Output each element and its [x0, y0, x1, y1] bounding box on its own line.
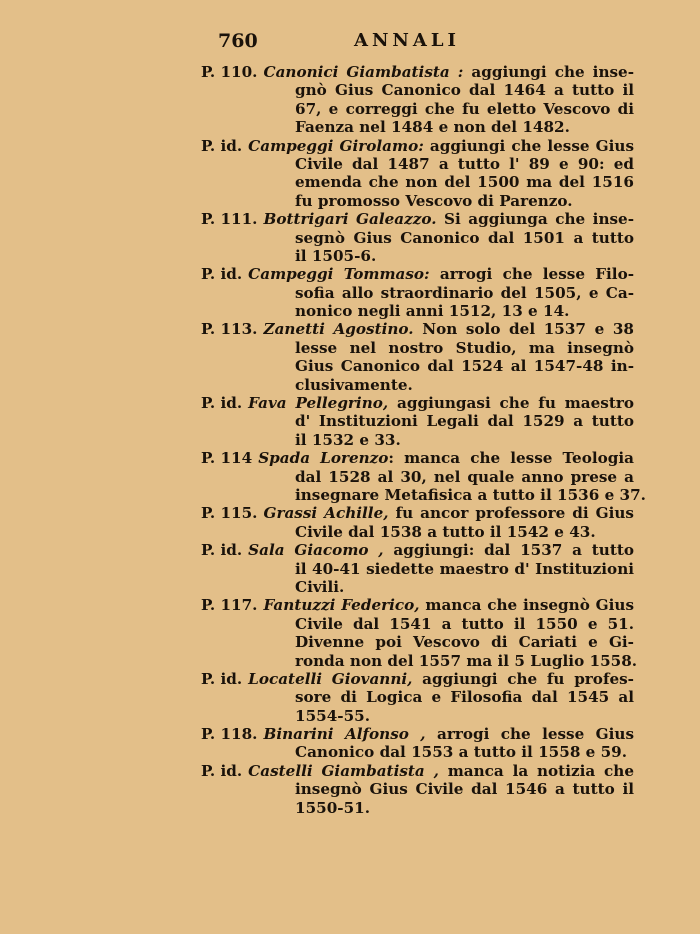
entry-continuation-line: dal 1528 al 30, nel quale anno prese a [201, 468, 634, 486]
book-page: 760 ANNALI P. 110.Canonici Giambatista :… [0, 0, 700, 934]
person-name: Campeggi Tommaso: [248, 265, 430, 283]
entry-continuation-line: 1554-55. [201, 707, 634, 725]
entry-first-line: P. id.Castelli Giambatista , manca la no… [201, 762, 634, 780]
page-number: 760 [218, 30, 258, 52]
entry-continuation-line: Gius Canonico dal 1524 al 1547-48 in- [201, 357, 634, 375]
entry-first-line: P. id.Locatelli Giovanni, aggiungi che f… [201, 670, 634, 688]
entry-first-text: Grassi Achille, fu ancor professore di G… [263, 504, 634, 522]
errata-entry: P. id.Sala Giacomo , aggiungi: dal 1537 … [201, 541, 634, 596]
entry-continuation-line: ronda non del 1557 ma il 5 Luglio 1558. [201, 652, 634, 670]
errata-entries: P. 110.Canonici Giambatista : aggiungi c… [201, 63, 634, 817]
entry-text: aggiungi: dal 1537 a tutto [384, 541, 634, 559]
entry-first-text: Binarini Alfonso , arrogi che lesse Gius [263, 725, 634, 743]
entry-first-text: Locatelli Giovanni, aggiungi che fu prof… [248, 670, 634, 688]
entry-first-line: P. 115.Grassi Achille, fu ancor professo… [201, 504, 634, 522]
entry-first-line: P. id.Campeggi Tommaso: arrogi che lesse… [201, 265, 634, 283]
entry-first-text: Campeggi Girolamo: aggiungi che lesse Gi… [248, 137, 634, 155]
entry-continuation-line: il 1532 e 33. [201, 431, 634, 449]
errata-entry: P. 113.Zanetti Agostino. Non solo del 15… [201, 320, 634, 394]
page-reference: P. id. [201, 137, 242, 155]
person-name: Locatelli Giovanni, [248, 670, 412, 688]
entry-text: arrogi che lesse Gius [426, 725, 634, 743]
errata-entry: P. 110.Canonici Giambatista : aggiungi c… [201, 63, 634, 137]
page-reference: P. 114 [201, 449, 252, 467]
entry-continuation-line: fu promosso Vescovo di Parenzo. [201, 192, 634, 210]
person-name: Grassi Achille, [263, 504, 388, 522]
person-name: Campeggi Girolamo: [248, 137, 424, 155]
entry-first-line: P. id.Campeggi Girolamo: aggiungi che le… [201, 137, 634, 155]
entry-first-text: Canonici Giambatista : aggiungi che inse… [263, 63, 634, 81]
entry-continuation-line: il 1505-6. [201, 247, 634, 265]
entry-first-text: Campeggi Tommaso: arrogi che lesse Filo- [248, 265, 634, 283]
entry-continuation-line: Civile dal 1541 a tutto il 1550 e 51. [201, 615, 634, 633]
entry-text: Non solo del 1537 e 38 [414, 320, 634, 338]
person-name: Fantuzzi Federico, [263, 596, 419, 614]
entry-continuation-line: 67, e correggi che fu eletto Vescovo di [201, 100, 634, 118]
entry-continuation-line: 1550-51. [201, 799, 634, 817]
entry-continuation-line: Faenza nel 1484 e non del 1482. [201, 118, 634, 136]
entry-continuation-line: Canonico dal 1553 a tutto il 1558 e 59. [201, 743, 634, 761]
entry-first-text: Zanetti Agostino. Non solo del 1537 e 38 [263, 320, 634, 338]
entry-first-text: Sala Giacomo , aggiungi: dal 1537 a tutt… [248, 541, 634, 559]
entry-text: Si aggiunga che inse- [437, 210, 635, 228]
errata-entry: P. 117.Fantuzzi Federico, manca che inse… [201, 596, 634, 670]
page-reference: P. id. [201, 265, 242, 283]
entry-text: aggiungasi che fu maestro [388, 394, 634, 412]
entry-continuation-line: Civili. [201, 578, 634, 596]
page-reference: P. id. [201, 762, 242, 780]
entry-first-line: P. id.Sala Giacomo , aggiungi: dal 1537 … [201, 541, 634, 559]
errata-entry: P. id.Castelli Giambatista , manca la no… [201, 762, 634, 817]
running-title: ANNALI [354, 30, 460, 51]
entry-first-text: Spada Lorenzo: manca che lesse Teologia [258, 449, 634, 467]
person-name: Sala Giacomo , [248, 541, 383, 559]
entry-continuation-line: clusivamente. [201, 376, 634, 394]
person-name: Castelli Giambatista , [248, 762, 439, 780]
entry-text: aggiungi che inse- [463, 63, 634, 81]
entry-continuation-line: sore di Logica e Filosofia dal 1545 al [201, 688, 634, 706]
page-reference: P. 118. [201, 725, 257, 743]
page-reference: P. 113. [201, 320, 257, 338]
errata-entry: P. id.Campeggi Tommaso: arrogi che lesse… [201, 265, 634, 320]
errata-entry: P. id.Campeggi Girolamo: aggiungi che le… [201, 137, 634, 211]
entry-text: arrogi che lesse Filo- [430, 265, 634, 283]
entry-first-line: P. 110.Canonici Giambatista : aggiungi c… [201, 63, 634, 81]
entry-continuation-line: Civile dal 1487 a tutto l' 89 e 90: ed [201, 155, 634, 173]
page-reference: P. 111. [201, 210, 257, 228]
page-reference: P. 117. [201, 596, 257, 614]
entry-first-text: Castelli Giambatista , manca la notizia … [248, 762, 634, 780]
entry-first-text: Fava Pellegrino, aggiungasi che fu maest… [248, 394, 634, 412]
entry-text: manca la notizia che [439, 762, 634, 780]
errata-entry: P. id.Fava Pellegrino, aggiungasi che fu… [201, 394, 634, 449]
errata-entry: P. id.Locatelli Giovanni, aggiungi che f… [201, 670, 634, 725]
page-reference: P. 110. [201, 63, 257, 81]
person-name: Binarini Alfonso , [263, 725, 425, 743]
entry-continuation-line: Civile dal 1538 a tutto il 1542 e 43. [201, 523, 634, 541]
entry-continuation-line: insegnare Metafisica a tutto il 1536 e 3… [201, 486, 634, 504]
person-name: Bottrigari Galeazzo. [263, 210, 436, 228]
entry-first-line: P. 118.Binarini Alfonso , arrogi che les… [201, 725, 634, 743]
person-name: Spada Lorenzo [258, 449, 388, 467]
person-name: Fava Pellegrino, [248, 394, 388, 412]
entry-first-line: P. 113.Zanetti Agostino. Non solo del 15… [201, 320, 634, 338]
page-reference: P. 115. [201, 504, 257, 522]
entry-continuation-line: gnò Gius Canonico dal 1464 a tutto il [201, 81, 634, 99]
entry-continuation-line: nonico negli anni 1512, 13 e 14. [201, 302, 634, 320]
errata-entry: P. 114Spada Lorenzo: manca che lesse Teo… [201, 449, 634, 504]
page-header: 760 ANNALI [218, 30, 648, 54]
entry-text: fu ancor professore di Gius [389, 504, 634, 522]
entry-continuation-line: sofia allo straordinario del 1505, e Ca- [201, 284, 634, 302]
entry-first-text: Fantuzzi Federico, manca che insegnò Giu… [263, 596, 634, 614]
errata-entry: P. 111.Bottrigari Galeazzo. Si aggiunga … [201, 210, 634, 265]
entry-first-line: P. 114Spada Lorenzo: manca che lesse Teo… [201, 449, 634, 467]
page-reference: P. id. [201, 541, 242, 559]
entry-continuation-line: Divenne poi Vescovo di Cariati e Gi- [201, 633, 634, 651]
entry-continuation-line: insegnò Gius Civile dal 1546 a tutto il [201, 780, 634, 798]
entry-text: aggiungi che fu profes- [412, 670, 634, 688]
person-name: Canonici Giambatista : [263, 63, 463, 81]
page-reference: P. id. [201, 394, 242, 412]
entry-continuation-line: il 40-41 siedette maestro d' Instituzion… [201, 560, 634, 578]
entry-continuation-line: d' Instituzioni Legali dal 1529 a tutto [201, 412, 634, 430]
entry-first-line: P. id.Fava Pellegrino, aggiungasi che fu… [201, 394, 634, 412]
errata-entry: P. 118.Binarini Alfonso , arrogi che les… [201, 725, 634, 762]
entry-text: aggiungi che lesse Gius [424, 137, 634, 155]
entry-text: manca che insegnò Gius [420, 596, 634, 614]
entry-continuation-line: segnò Gius Canonico dal 1501 a tutto [201, 229, 634, 247]
page-reference: P. id. [201, 670, 242, 688]
entry-first-text: Bottrigari Galeazzo. Si aggiunga che ins… [263, 210, 634, 228]
errata-entry: P. 115.Grassi Achille, fu ancor professo… [201, 504, 634, 541]
entry-continuation-line: emenda che non del 1500 ma del 1516 [201, 173, 634, 191]
entry-first-line: P. 111.Bottrigari Galeazzo. Si aggiunga … [201, 210, 634, 228]
entry-first-line: P. 117.Fantuzzi Federico, manca che inse… [201, 596, 634, 614]
person-name: Zanetti Agostino. [263, 320, 413, 338]
entry-continuation-line: lesse nel nostro Studio, ma insegnò [201, 339, 634, 357]
entry-text: : manca che lesse Teologia [388, 449, 634, 467]
